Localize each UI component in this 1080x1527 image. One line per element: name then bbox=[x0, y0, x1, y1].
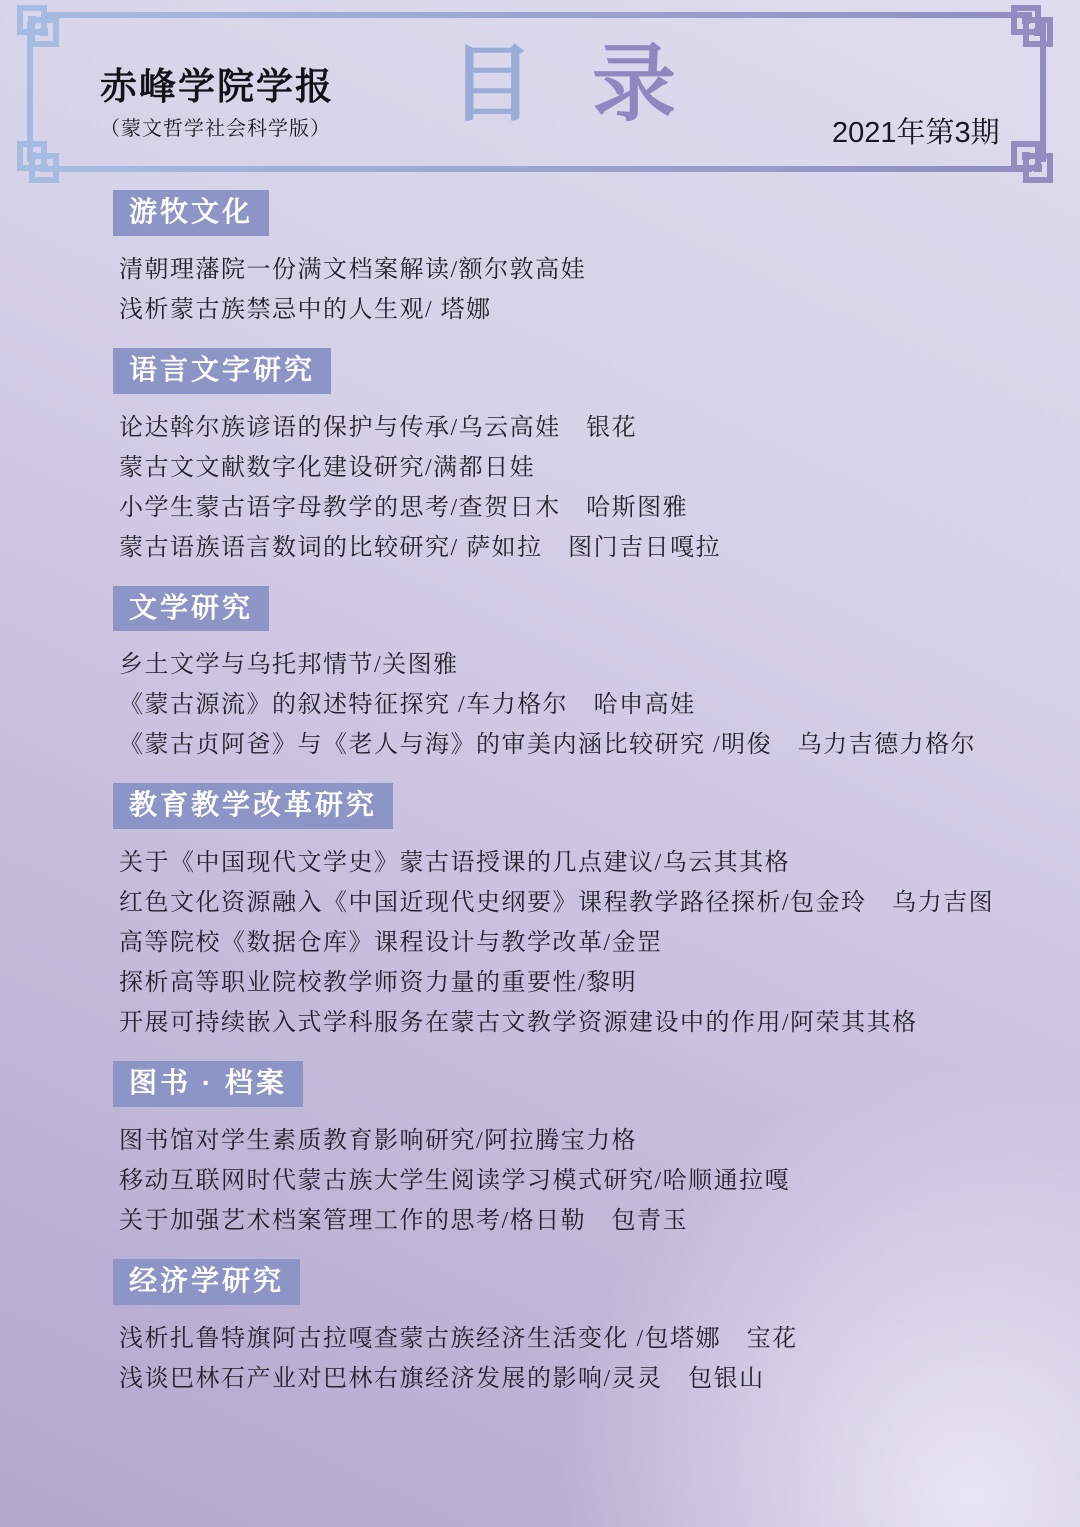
toc-entry: 关于加强艺术档案管理工作的思考/格日勒 包青玉 bbox=[119, 1201, 993, 1241]
toc-entry: 红色文化资源融入《中国近现代史纲要》课程教学路径探析/包金玲 乌力吉图 bbox=[119, 883, 993, 923]
journal-toc-page: 赤峰学院学报 （蒙文哲学社会科学版） 目录 2021年第3期 游牧文化清朝理藩院… bbox=[0, 0, 1080, 1527]
toc-title-char2: 录 bbox=[592, 37, 734, 131]
toc-entry: 《蒙古源流》的叙述特征探究 /车力格尔 哈申高娃 bbox=[119, 685, 993, 725]
issue-label: 2021年第3期 bbox=[832, 110, 1000, 151]
corner-knot-icon bbox=[1008, 2, 1056, 50]
toc-sections: 游牧文化清朝理藩院一份满文档案解读/额尔敦高娃浅析蒙古族禁忌中的人生观/ 塔娜语… bbox=[113, 190, 993, 1417]
section-header: 图书 · 档案 bbox=[113, 1061, 303, 1107]
toc-entry: 论达斡尔族谚语的保护与传承/乌云高娃 银花 bbox=[119, 408, 993, 448]
section-entries: 关于《中国现代文学史》蒙古语授课的几点建议/乌云其其格红色文化资源融入《中国近现… bbox=[119, 843, 993, 1043]
toc-entry: 蒙古语族语言数词的比较研究/ 萨如拉 图门吉日嘎拉 bbox=[119, 528, 993, 568]
toc-entry: 探析高等职业院校教学师资力量的重要性/黎明 bbox=[119, 963, 993, 1003]
section-entries: 论达斡尔族谚语的保护与传承/乌云高娃 银花蒙古文文献数字化建设研究/满都日娃小学… bbox=[119, 408, 993, 568]
section-header: 文学研究 bbox=[113, 586, 269, 632]
frame-top-line bbox=[42, 12, 1032, 18]
page-header: 赤峰学院学报 （蒙文哲学社会科学版） 目录 2021年第3期 bbox=[0, 0, 1080, 190]
section-header: 教育教学改革研究 bbox=[113, 783, 393, 829]
toc-entry: 图书馆对学生素质教育影响研究/阿拉腾宝力格 bbox=[119, 1121, 993, 1161]
journal-title: 赤峰学院学报 bbox=[100, 56, 334, 110]
toc-entry: 移动互联网时代蒙古族大学生阅读学习模式研究/哈顺通拉嘎 bbox=[119, 1161, 993, 1201]
toc-entry: 高等院校《数据仓库》课程设计与教学改革/金罡 bbox=[119, 923, 993, 963]
corner-knot-icon bbox=[14, 138, 62, 186]
toc-entry: 蒙古文文献数字化建设研究/满都日娃 bbox=[119, 448, 993, 488]
toc-entry: 乡土文学与乌托邦情节/关图雅 bbox=[119, 645, 993, 685]
section-header: 游牧文化 bbox=[113, 190, 269, 236]
toc-section: 语言文字研究论达斡尔族谚语的保护与传承/乌云高娃 银花蒙古文文献数字化建设研究/… bbox=[113, 348, 993, 568]
toc-entry: 浅析扎鲁特旗阿古拉嘎查蒙古族经济生活变化 /包塔娜 宝花 bbox=[119, 1319, 993, 1359]
toc-entry: 小学生蒙古语字母教学的思考/查贺日木 哈斯图雅 bbox=[119, 488, 993, 528]
section-header: 语言文字研究 bbox=[113, 348, 331, 394]
toc-section: 图书 · 档案图书馆对学生素质教育影响研究/阿拉腾宝力格移动互联网时代蒙古族大学… bbox=[113, 1061, 993, 1241]
toc-entry: 浅析蒙古族禁忌中的人生观/ 塔娜 bbox=[119, 290, 993, 330]
journal-subtitle: （蒙文哲学社会科学版） bbox=[100, 112, 331, 141]
section-entries: 清朝理藩院一份满文档案解读/额尔敦高娃浅析蒙古族禁忌中的人生观/ 塔娜 bbox=[119, 250, 993, 330]
toc-title: 目录 bbox=[450, 42, 734, 126]
corner-knot-icon bbox=[14, 2, 62, 50]
toc-title-char1: 目 bbox=[450, 37, 592, 131]
toc-section: 游牧文化清朝理藩院一份满文档案解读/额尔敦高娃浅析蒙古族禁忌中的人生观/ 塔娜 bbox=[113, 190, 993, 330]
corner-knot-icon bbox=[1008, 138, 1056, 186]
section-entries: 图书馆对学生素质教育影响研究/阿拉腾宝力格移动互联网时代蒙古族大学生阅读学习模式… bbox=[119, 1121, 993, 1241]
toc-section: 教育教学改革研究关于《中国现代文学史》蒙古语授课的几点建议/乌云其其格红色文化资… bbox=[113, 783, 993, 1043]
section-header: 经济学研究 bbox=[113, 1259, 300, 1305]
toc-entry: 关于《中国现代文学史》蒙古语授课的几点建议/乌云其其格 bbox=[119, 843, 993, 883]
section-entries: 浅析扎鲁特旗阿古拉嘎查蒙古族经济生活变化 /包塔娜 宝花浅谈巴林石产业对巴林右旗… bbox=[119, 1319, 993, 1399]
toc-entry: 浅谈巴林石产业对巴林右旗经济发展的影响/灵灵 包银山 bbox=[119, 1359, 993, 1399]
frame-bottom-line bbox=[42, 166, 1032, 172]
toc-section: 文学研究乡土文学与乌托邦情节/关图雅《蒙古源流》的叙述特征探究 /车力格尔 哈申… bbox=[113, 586, 993, 766]
toc-entry: 清朝理藩院一份满文档案解读/额尔敦高娃 bbox=[119, 250, 993, 290]
toc-section: 经济学研究浅析扎鲁特旗阿古拉嘎查蒙古族经济生活变化 /包塔娜 宝花浅谈巴林石产业… bbox=[113, 1259, 993, 1399]
toc-entry: 《蒙古贞阿爸》与《老人与海》的审美内涵比较研究 /明俊 乌力吉德力格尔 bbox=[119, 725, 993, 765]
toc-entry: 开展可持续嵌入式学科服务在蒙古文教学资源建设中的作用/阿荣其其格 bbox=[119, 1003, 993, 1043]
section-entries: 乡土文学与乌托邦情节/关图雅《蒙古源流》的叙述特征探究 /车力格尔 哈申高娃《蒙… bbox=[119, 645, 993, 765]
